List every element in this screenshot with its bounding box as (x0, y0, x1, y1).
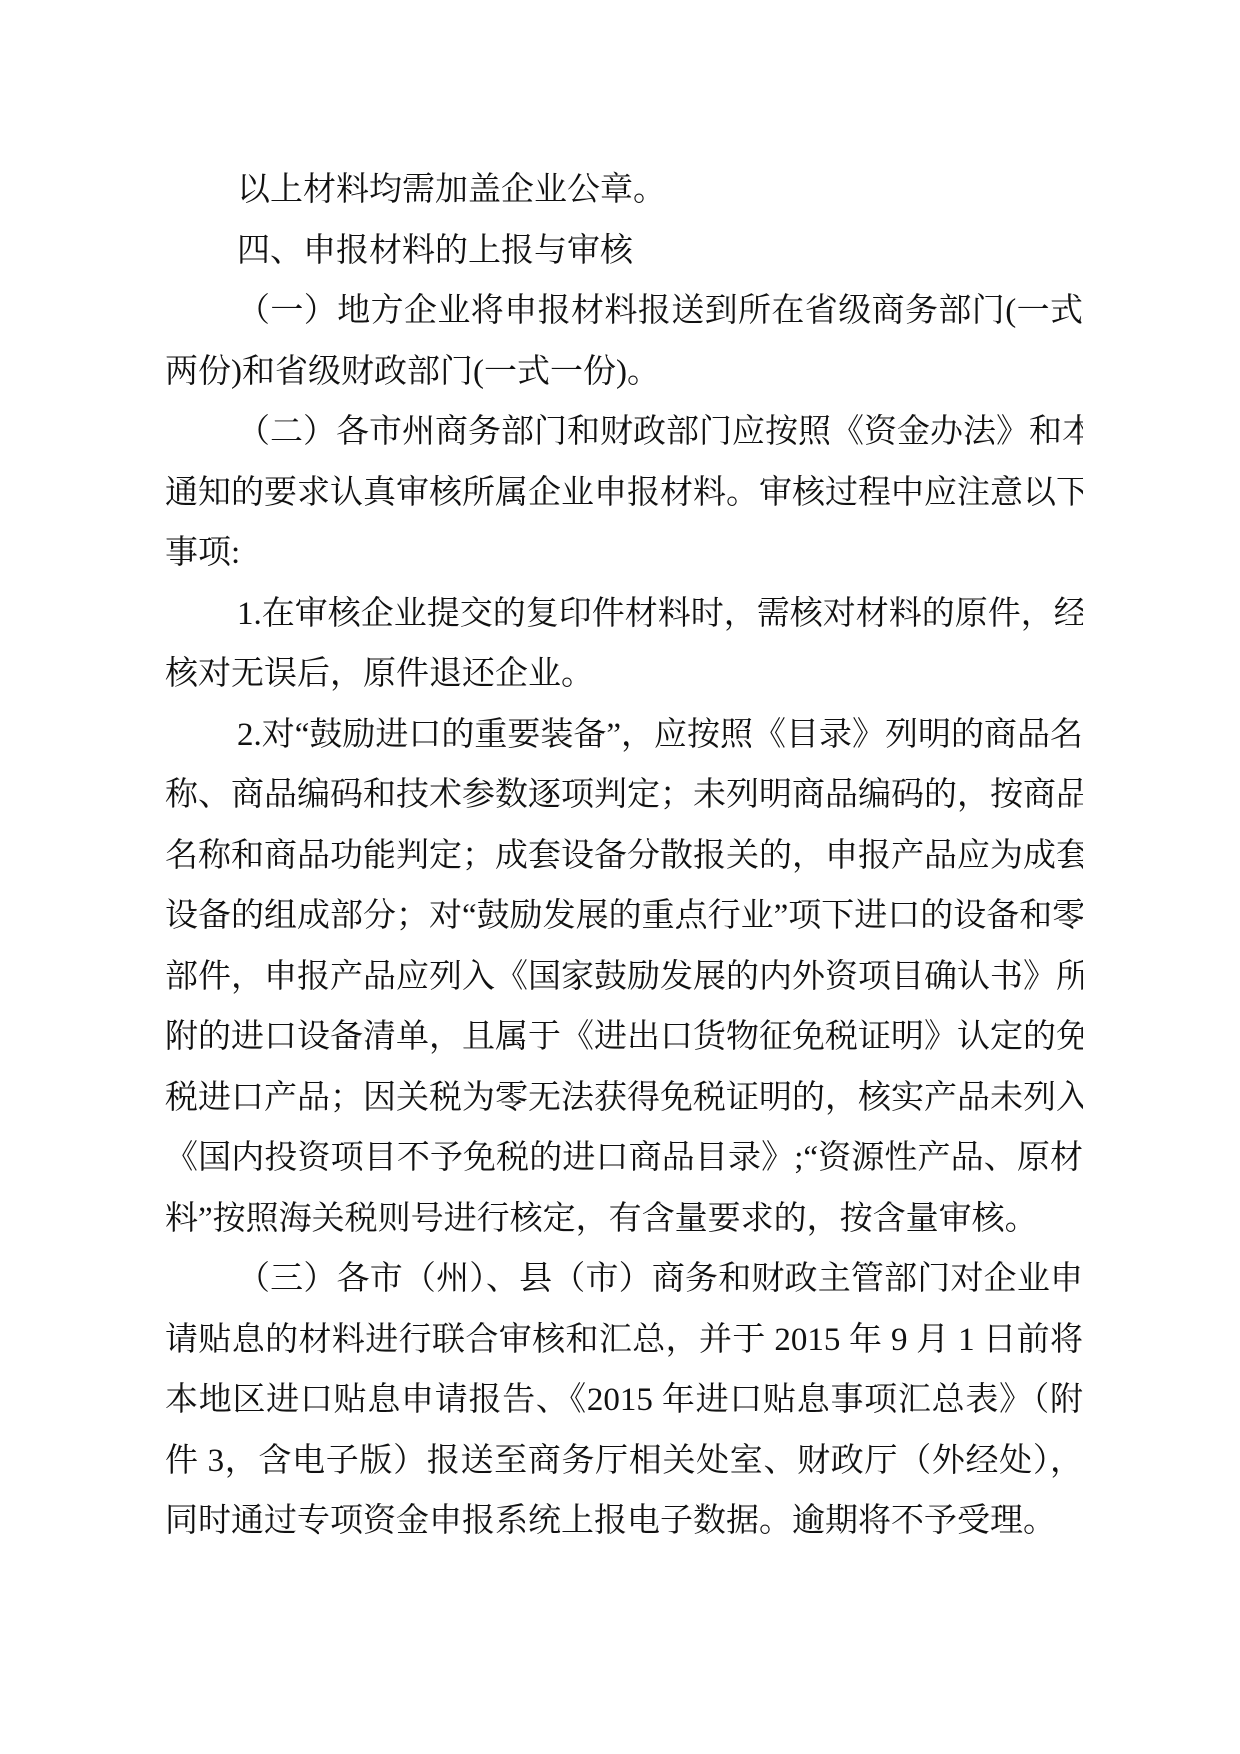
text-line: 税进口产品；因关税为零无法获得免税证明的，核实产品未列入 (165, 1068, 1083, 1129)
text-line: 两份)和省级财政部门(一式一份)。 (165, 342, 1083, 403)
text-line: 2.对“鼓励进口的重要装备”，应按照《目录》列明的商品名 (165, 705, 1083, 766)
text-line: （一）地方企业将申报材料报送到所在省级商务部门(一式 (165, 281, 1083, 342)
document-body: 以上材料均需加盖企业公章。 四、申报材料的上报与审核 （一）地方企业将申报材料报… (165, 160, 1083, 1552)
text-line: 件 3，含电子版）报送至商务厅相关处室、财政厅（外经处）， (165, 1431, 1083, 1492)
text-line: 部件，申报产品应列入《国家鼓励发展的内外资项目确认书》所 (165, 947, 1083, 1008)
text-line: 核对无误后，原件退还企业。 (165, 644, 1083, 705)
document-page: 以上材料均需加盖企业公章。 四、申报材料的上报与审核 （一）地方企业将申报材料报… (0, 0, 1240, 1754)
text-line: 请贴息的材料进行联合审核和汇总，并于 2015 年 9 月 1 日前将 (165, 1310, 1083, 1371)
text-line: （三）各市（州）、县（市）商务和财政主管部门对企业申 (165, 1249, 1083, 1310)
text-line: 同时通过专项资金申报系统上报电子数据。逾期将不予受理。 (165, 1491, 1083, 1552)
text-line: （二）各市州商务部门和财政部门应按照《资金办法》和本 (165, 402, 1083, 463)
section-heading: 四、申报材料的上报与审核 (165, 221, 1083, 282)
text-line: 料”按照海关税则号进行核定，有含量要求的，按含量审核。 (165, 1189, 1083, 1250)
text-line: 事项: (165, 523, 1083, 584)
text-line: 附的进口设备清单，且属于《进出口货物征免税证明》认定的免 (165, 1007, 1083, 1068)
text-line: 1.在审核企业提交的复印件材料时，需核对材料的原件，经 (165, 584, 1083, 645)
text-line: 通知的要求认真审核所属企业申报材料。审核过程中应注意以下 (165, 463, 1083, 524)
text-line: 以上材料均需加盖企业公章。 (165, 160, 1083, 221)
text-line: 本地区进口贴息申请报告、《2015 年进口贴息事项汇总表》（附 (165, 1370, 1083, 1431)
text-line: 《国内投资项目不予免税的进口商品目录》;“资源性产品、原材 (165, 1128, 1083, 1189)
text-line: 称、商品编码和技术参数逐项判定；未列明商品编码的，按商品 (165, 765, 1083, 826)
text-line: 名称和商品功能判定；成套设备分散报关的，申报产品应为成套 (165, 826, 1083, 887)
text-line: 设备的组成部分；对“鼓励发展的重点行业”项下进口的设备和零 (165, 886, 1083, 947)
